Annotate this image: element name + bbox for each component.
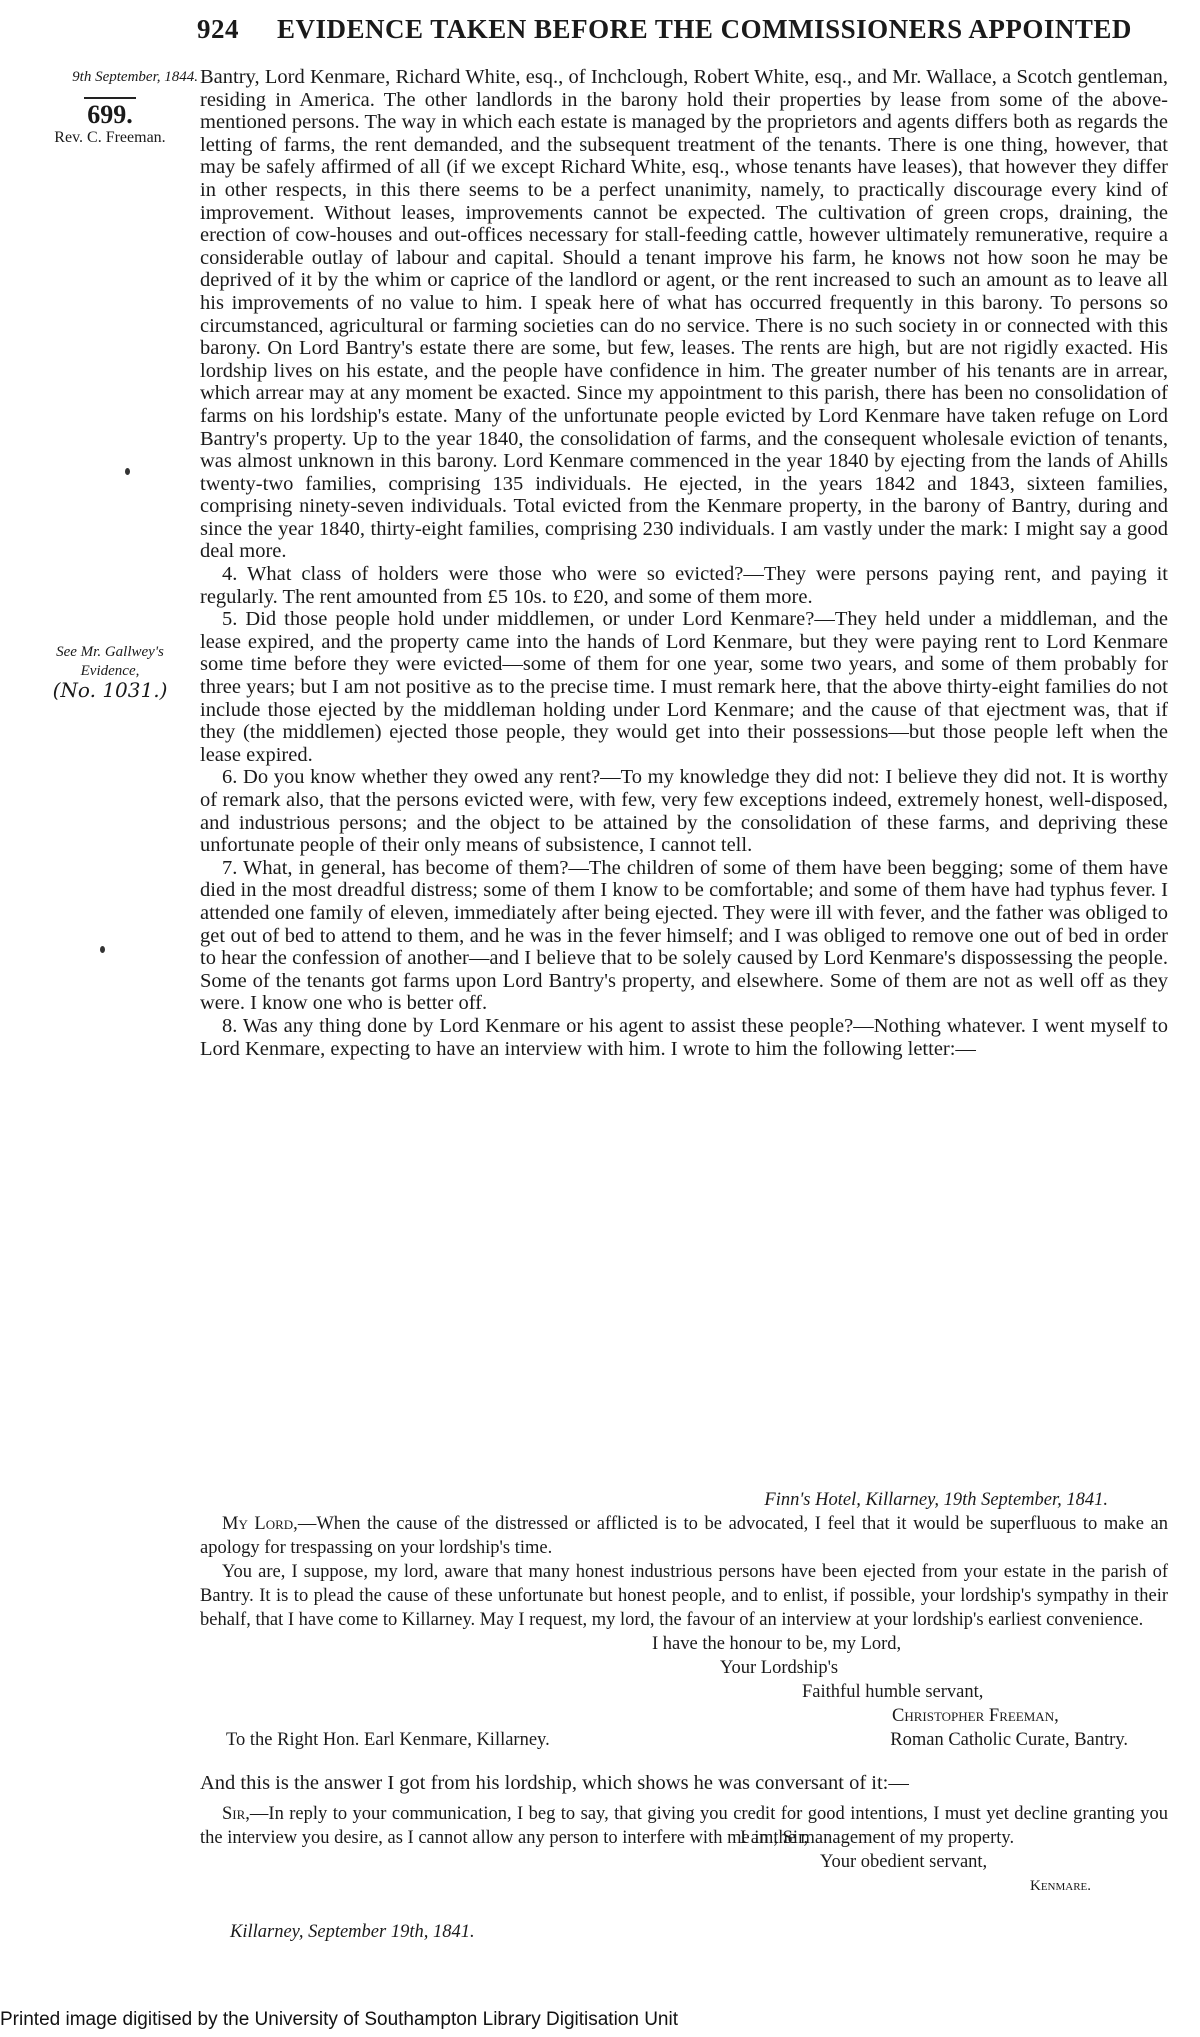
letter1-dateline: Finn's Hotel, Killarney, 19th September,… [200, 1488, 1168, 1512]
margin-divider [84, 97, 136, 99]
letter2-dateline: Killarney, September 19th, 1841. [200, 1920, 1168, 1944]
letter1-addressee: To the Right Hon. Earl Kenmare, Killarne… [226, 1728, 550, 1752]
transition-paragraph: And this is the answer I got from his lo… [200, 1772, 1168, 1795]
letter2-closing2: Your obedient servant, [200, 1850, 1168, 1874]
witness-number: 699. [20, 102, 200, 128]
opening-paragraph: Bantry, Lord Kenmare, Richard White, esq… [200, 66, 1168, 563]
question-6: 6. Do you know whether they owed any ren… [200, 766, 1168, 856]
letter-kenmare: Sir,—In reply to your communication, I b… [200, 1802, 1168, 1944]
speck-mark [125, 468, 130, 475]
evidence-body: Bantry, Lord Kenmare, Richard White, esq… [200, 66, 1168, 1060]
letter1-closing1: I have the honour to be, my Lord, [200, 1632, 1168, 1656]
question-7: 7. What, in general, has become of them?… [200, 857, 1168, 1015]
margin-cross-reference: See Mr. Gallwey's Evidence, (No. 1031.) [20, 643, 200, 700]
letter2-signature: Kenmare. [200, 1874, 1168, 1898]
letter1-footer-row: To the Right Hon. Earl Kenmare, Killarne… [200, 1728, 1168, 1752]
page-number: 924 [197, 14, 277, 45]
running-title: EVIDENCE TAKEN BEFORE THE COMMISSIONERS … [277, 14, 1132, 44]
letter1-closing2: Your Lordship's [200, 1656, 1168, 1680]
margin-date: 9th September, 1844. [20, 68, 200, 87]
running-header: 924EVIDENCE TAKEN BEFORE THE COMMISSIONE… [197, 14, 1137, 45]
question-5: 5. Did those people hold under middlemen… [200, 608, 1168, 766]
letter1-para2: You are, I suppose, my lord, aware that … [200, 1560, 1168, 1632]
question-8: 8. Was any thing done by Lord Kenmare or… [200, 1015, 1168, 1060]
letter1-salutation: My Lord, [222, 1514, 298, 1534]
letter-freeman: Finn's Hotel, Killarney, 19th September,… [200, 1488, 1168, 1752]
cross-ref-handwritten: (No. 1031.) [20, 681, 200, 700]
question-4: 4. What class of holders were those who … [200, 563, 1168, 608]
letter1-signature-title: Roman Catholic Curate, Bantry. [890, 1728, 1128, 1752]
witness-name: Rev. C. Freeman. [20, 128, 200, 147]
cross-ref-line1: See Mr. Gallwey's [20, 643, 200, 662]
letter1-para1: My Lord,—When the cause of the distresse… [200, 1512, 1168, 1560]
letter2-salutation: Sir, [222, 1804, 250, 1824]
digitisation-credit: Printed image digitised by the Universit… [0, 2009, 678, 2031]
speck-mark [100, 946, 105, 953]
letter1-signature: Christopher Freeman, [200, 1704, 1168, 1728]
letter1-closing3: Faithful humble servant, [200, 1680, 1168, 1704]
margin-witness-info: 9th September, 1844. 699. Rev. C. Freema… [20, 68, 200, 147]
